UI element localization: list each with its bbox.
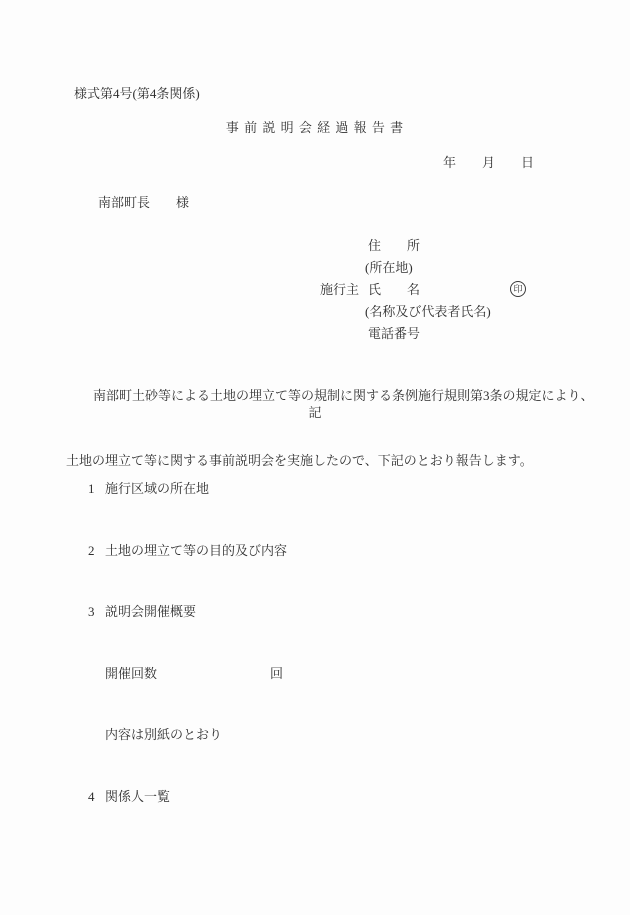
document-page: 様式第4号(第4条関係) 事 前 説 明 会 経 過 報 告 書 年 月 日 南…: [0, 0, 630, 915]
list-item-3-number: 3: [88, 601, 105, 623]
form-number: 様式第4号(第4条関係): [74, 84, 200, 104]
addressee-honorific: 様: [176, 195, 189, 210]
list-item-4: 4関係人一覧: [88, 786, 287, 808]
count-unit-label: 回: [270, 666, 283, 681]
list-item-4-text: 関係人一覧: [105, 789, 170, 804]
list-item-1: 1施行区域の所在地: [88, 478, 287, 500]
list-item-1-number: 1: [88, 478, 105, 500]
issuer-name-line: 施行主氏 名印: [320, 280, 550, 300]
issuer-name-sublabel: (名称及び代表者氏名): [365, 302, 491, 322]
issuer-address-label: 住 所: [368, 236, 420, 256]
list-item-2-number: 2: [88, 540, 105, 562]
list-item-2: 2土地の埋立て等の目的及び内容: [88, 540, 287, 562]
list-subitem-note: 内容は別紙のとおり: [88, 724, 287, 746]
issuer-phone-label: 電話番号: [368, 324, 420, 344]
list-item-3: 3説明会開催概要: [88, 601, 287, 623]
record-separator: 記: [0, 403, 630, 423]
list-item-4-number: 4: [88, 786, 105, 808]
list-item-3-text: 説明会開催概要: [105, 604, 196, 619]
list-subitem-count: 開催回数回: [88, 663, 287, 685]
document-title: 事 前 説 明 会 経 過 報 告 書: [0, 118, 630, 138]
addressee-name: 南部町長: [98, 195, 150, 210]
issuer-role-label: 施行主: [320, 282, 359, 297]
note-text: 内容は別紙のとおり: [105, 727, 222, 742]
date-line: 年 月 日: [443, 153, 534, 173]
list-item-2-text: 土地の埋立て等の目的及び内容: [105, 543, 287, 558]
count-label: 開催回数: [105, 666, 157, 681]
addressee-line: 南部町長様: [98, 193, 189, 213]
report-list: 1施行区域の所在地 2土地の埋立て等の目的及び内容 3説明会開催概要 開催回数回…: [88, 438, 287, 847]
seal-icon: 印: [510, 281, 526, 297]
issuer-name-label: 氏 名: [368, 282, 420, 297]
issuer-address-sublabel: (所在地): [365, 258, 413, 278]
list-item-1-text: 施行区域の所在地: [105, 481, 209, 496]
